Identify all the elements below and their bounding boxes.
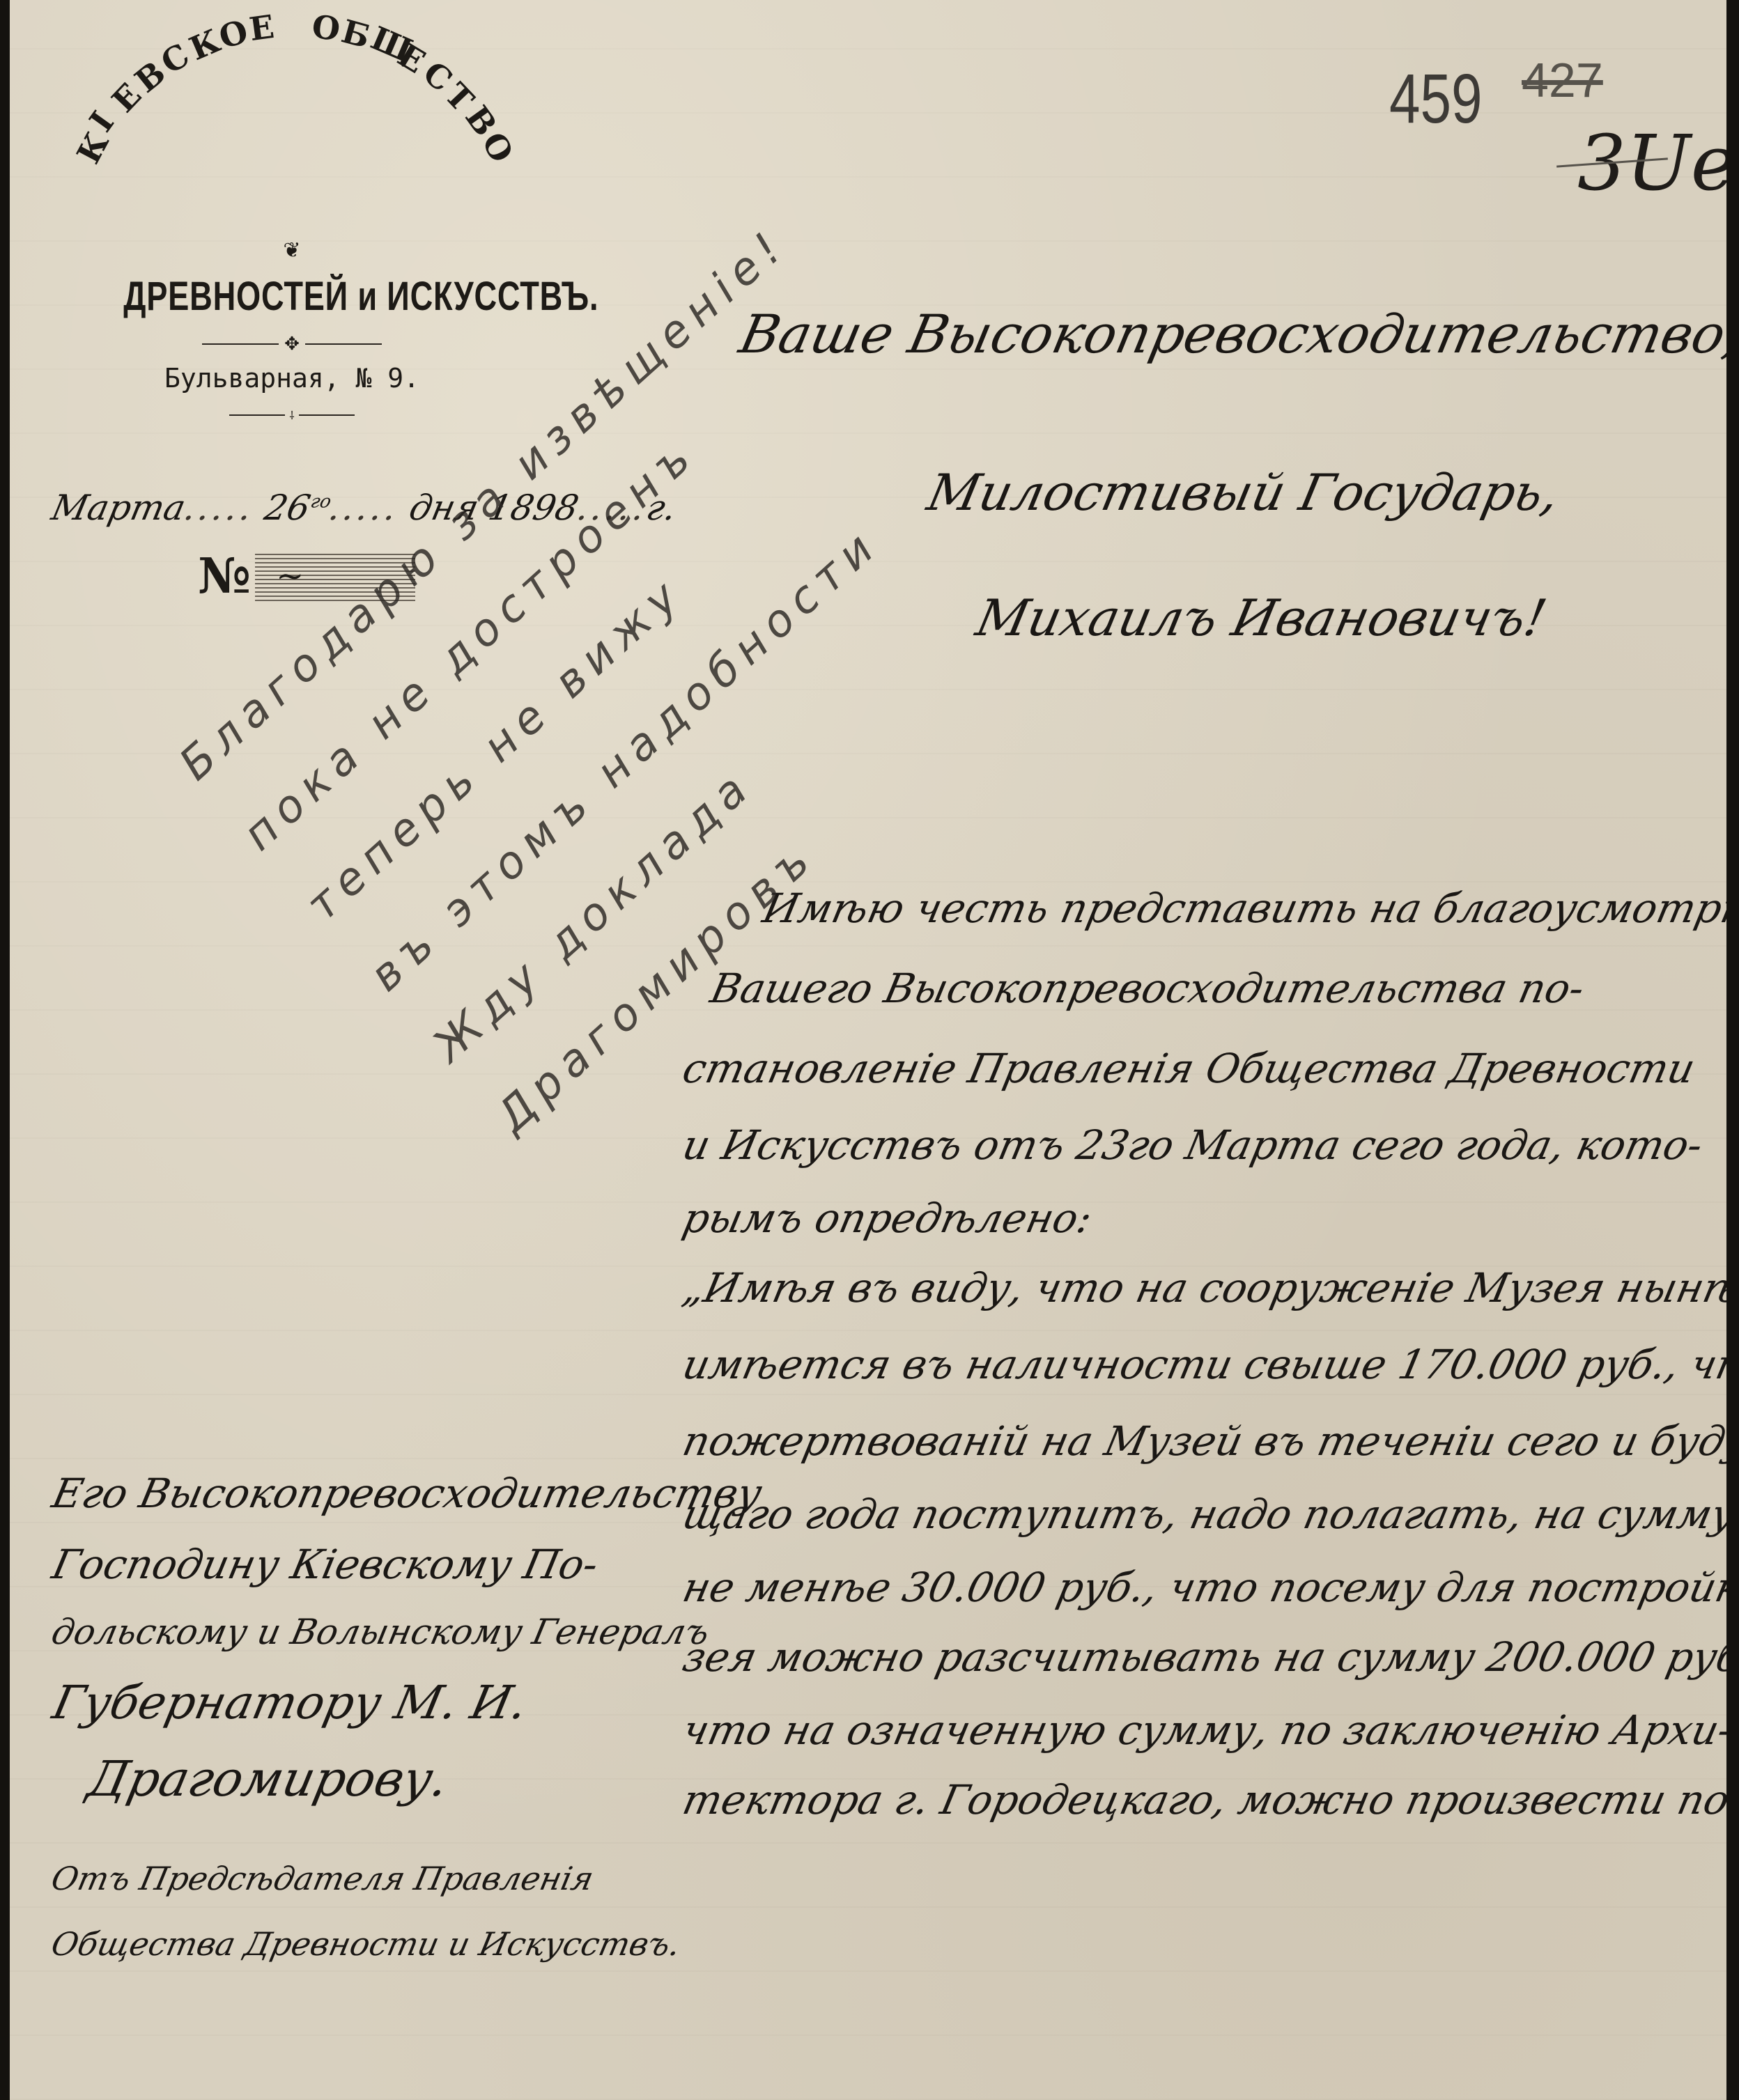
number-sign-icon: № (198, 547, 251, 605)
body-line: зея можно разсчитывать на сумму 200.000 … (679, 1633, 1739, 1681)
letterhead: КІЕВСКОЕ ОБЩЕСТВО ❦ ДРЕВНОСТЕЙ и ИСКУССТ… (76, 139, 508, 423)
body-line: становленіе Правленія Общества Древности (679, 1045, 1699, 1092)
archive-folio-number: 459 (1389, 59, 1482, 139)
body-line: что на означенную сумму, по заключенію А… (679, 1706, 1737, 1754)
arc-letter: Е (247, 8, 277, 48)
resolution-line: въ этомъ надобности (360, 78, 1378, 1002)
letterhead-arc-title: КІЕВСКОЕ ОБЩЕСТВО (76, 139, 508, 244)
sender-block: Отъ Предсѣдателя Правленія Общества Древ… (48, 1860, 676, 1963)
addressee-block: Его Высокопревосходительству Господину К… (48, 1470, 756, 1807)
date-month: Марта (48, 488, 190, 528)
archive-sheet-mark: 3Ue. (1577, 118, 1739, 208)
scan-border-left (0, 0, 10, 2100)
scan-border-right (1726, 0, 1739, 2100)
society-address: Бульварная, № 9. (76, 363, 508, 394)
body-line: пожертвованій на Музей въ теченіи сего и… (679, 1417, 1739, 1465)
document-page: 459 427 3Ue. КІЕВСКОЕ ОБЩЕСТВО ❦ ДРЕВНОС… (10, 0, 1726, 2100)
ornament-icon: ✥ (284, 334, 300, 355)
addressee-line: Господину Кіевскому По- (48, 1541, 766, 1588)
society-name: ДРЕВНОСТЕЙ и ИСКУССТВЪ. (123, 273, 461, 320)
body-line: не менѣе 30.000 руб., что посему для пос… (679, 1564, 1739, 1611)
body-line: Вашего Высокопревосходительства по- (706, 965, 1589, 1012)
body-line: рымъ опредѣлено: (679, 1195, 1097, 1242)
sender-line: Отъ Предсѣдателя Правленія (48, 1860, 684, 1897)
arc-letter: О (309, 7, 343, 48)
number-value: ∼ (276, 557, 304, 596)
body-line: Имѣю честь представить на благоусмотрѣні… (759, 885, 1739, 932)
addressee-line: Драгомирову. (83, 1750, 768, 1807)
archive-crossed-number: 427 (1522, 52, 1603, 108)
body-line: и Искусствъ отъ 23го Марта сего года, ко… (679, 1121, 1707, 1169)
body-line: щаго года поступитъ, надо полагать, на с… (679, 1491, 1739, 1538)
sender-line: Общества Древности и Искусствъ. (48, 1925, 684, 1963)
ornament-icon: ⸸ (289, 407, 295, 423)
addressee-line: Его Высокопревосходительству (48, 1470, 766, 1517)
letterhead-divider: ✥ (76, 334, 508, 355)
body-line: имѣется въ наличности свыше 170.000 руб.… (679, 1341, 1739, 1388)
addressee-line: дольскому и Волынскому Генералъ (48, 1612, 765, 1652)
date-day: 26 (261, 488, 314, 528)
addressee-line: Губернатору М. И. (48, 1676, 768, 1729)
body-line: „Имѣя въ виду, что на сооруженіе Музея н… (679, 1264, 1739, 1312)
body-line: тектора г. Городецкаго, можно произвести… (679, 1776, 1739, 1823)
letterhead-divider-small: ⸸ (76, 407, 508, 423)
